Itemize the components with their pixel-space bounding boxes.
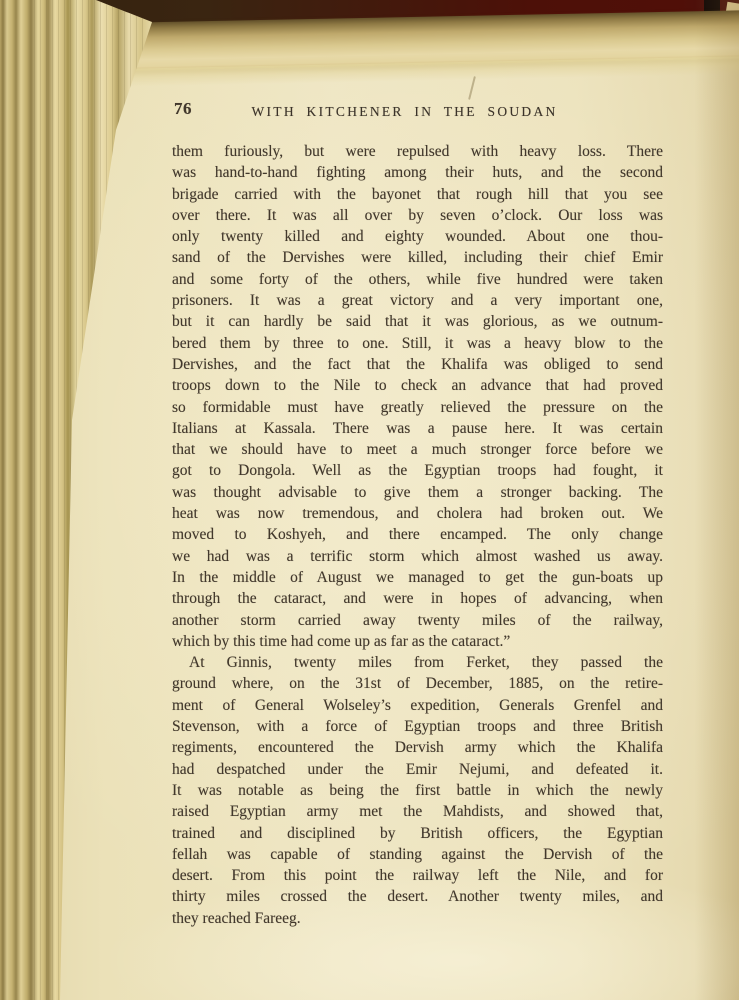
text-line: only twenty killed and eighty wounded. A… — [172, 226, 663, 247]
text-line: they reached Fareeg. — [172, 908, 663, 929]
text-line: was thought advisable to give them a str… — [172, 482, 663, 503]
text-line: had despatched under the Emir Nejumi, an… — [172, 759, 663, 780]
paragraph: them furiously, but were repulsed with h… — [172, 141, 663, 652]
text-line: In the middle of August we managed to ge… — [172, 567, 663, 588]
text-line: we had was a terrific storm which almost… — [172, 546, 663, 567]
text-line: that we should have to meet a much stron… — [172, 439, 663, 460]
text-line: over there. It was all over by seven o’c… — [172, 205, 663, 226]
text-line: Italians at Kassala. There was a pause h… — [172, 418, 663, 439]
printed-content: 76 WITH KITCHENER IN THE SOUDAN them fur… — [172, 98, 663, 929]
text-line: At Ginnis, twenty miles from Ferket, the… — [172, 652, 663, 673]
text-line: which by this time had come up as far as… — [172, 631, 663, 652]
text-line: Stevenson, with a force of Egyptian troo… — [172, 716, 663, 737]
running-head-row: 76 WITH KITCHENER IN THE SOUDAN — [172, 98, 663, 120]
text-line: another storm carried away twenty miles … — [172, 610, 663, 631]
text-line: ment of General Wolseley’s expedition, G… — [172, 695, 663, 716]
text-line: sand of the Dervishes were killed, inclu… — [172, 247, 663, 268]
text-line: regiments, encountered the Dervish army … — [172, 737, 663, 758]
text-line: raised Egyptian army met the Mahdists, a… — [172, 801, 663, 822]
text-line: heat was now tremendous, and cholera had… — [172, 503, 663, 524]
text-line: so formidable must have greatly relieved… — [172, 397, 663, 418]
paragraph: At Ginnis, twenty miles from Ferket, the… — [172, 652, 663, 929]
book-page-photo: 76 WITH KITCHENER IN THE SOUDAN them fur… — [0, 0, 739, 1000]
text-line: was hand-to-hand fighting among their hu… — [172, 162, 663, 183]
body-text: them furiously, but were repulsed with h… — [172, 141, 663, 929]
text-line: desert. From this point the railway left… — [172, 865, 663, 886]
text-line: moved to Koshyeh, and there encamped. Th… — [172, 524, 663, 545]
text-line: ground where, on the 31st of December, 1… — [172, 673, 663, 694]
text-line: Dervishes, and the fact that the Khalifa… — [172, 354, 663, 375]
text-line: bered them by three to one. Still, it wa… — [172, 333, 663, 354]
text-line: and some forty of the others, while five… — [172, 269, 663, 290]
text-line: fellah was capable of standing against t… — [172, 844, 663, 865]
text-line: brigade carried with the bayonet that ro… — [172, 184, 663, 205]
text-line: them furiously, but were repulsed with h… — [172, 141, 663, 162]
text-line: It was notable as being the first battle… — [172, 780, 663, 801]
text-line: thirty miles crossed the desert. Another… — [172, 886, 663, 907]
text-line: troops down to the Nile to check an adva… — [172, 375, 663, 396]
text-line: prisoners. It was a great victory and a … — [172, 290, 663, 311]
running-header: WITH KITCHENER IN THE SOUDAN — [159, 98, 650, 122]
text-line: but it can hardly be said that it was gl… — [172, 311, 663, 332]
text-line: through the cataract, and were in hopes … — [172, 588, 663, 609]
text-line: got to Dongola. Well as the Egyptian tro… — [172, 460, 663, 481]
text-line: trained and disciplined by British offic… — [172, 823, 663, 844]
